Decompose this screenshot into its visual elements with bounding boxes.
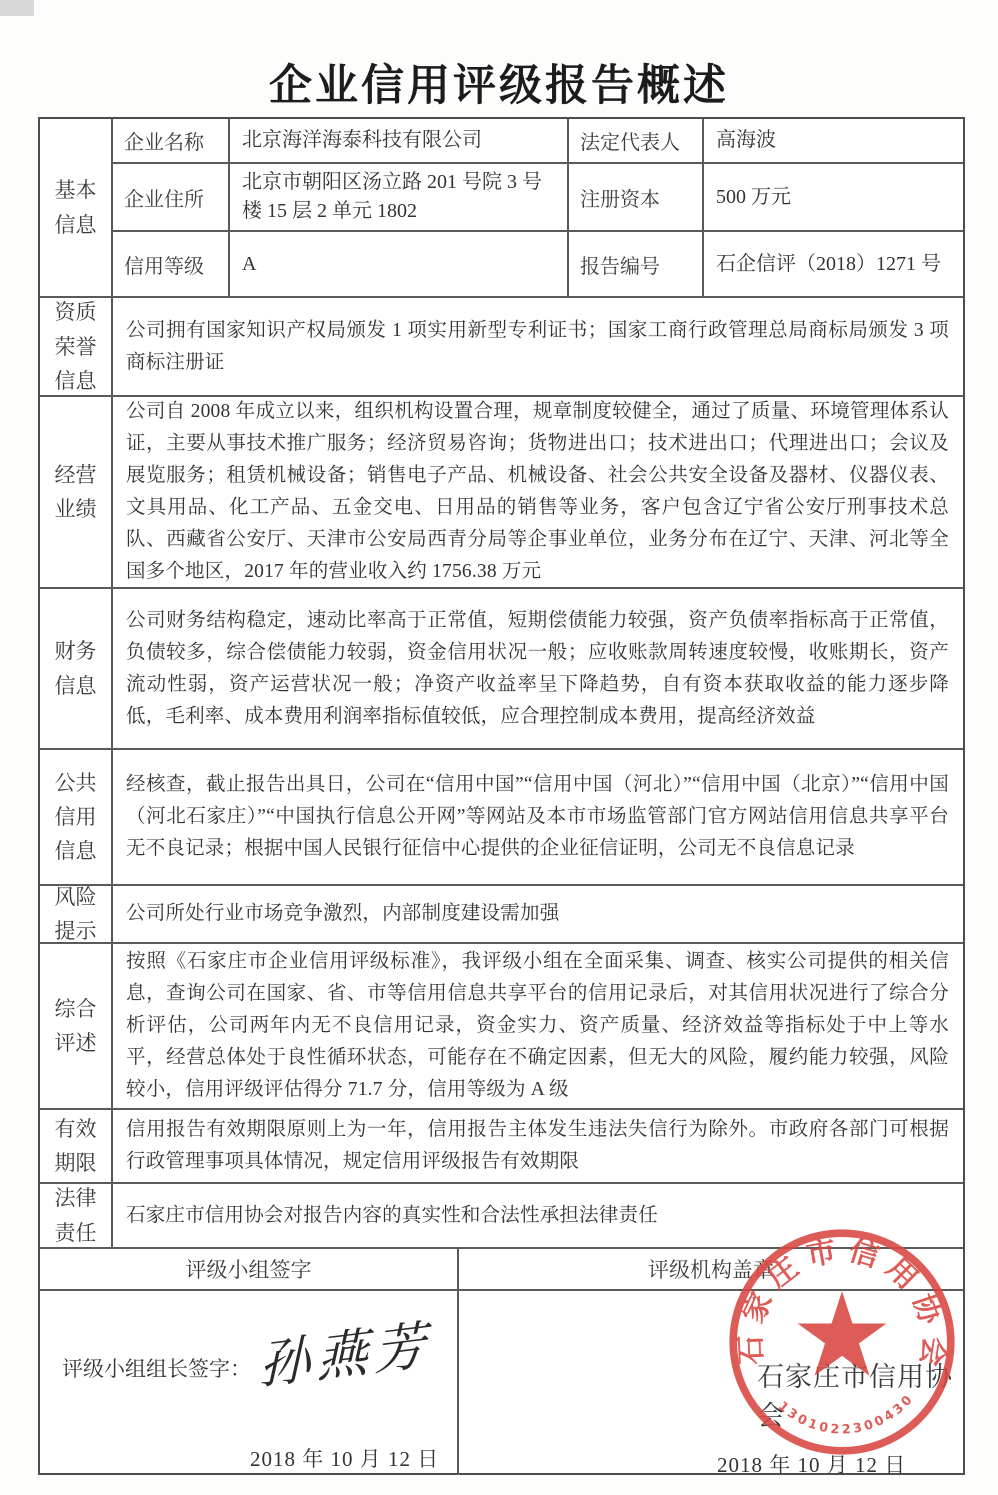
section-content: 公司拥有国家知识产权局颁发 1 项实用新型专利证书；国家工商行政管理总局商标局颁… — [113, 298, 963, 395]
field-value-company-name: 北京海洋海泰科技有限公司 — [230, 119, 569, 162]
section-content: 公司所处行业市场竞争激烈，内部制度建设需加强 — [113, 886, 963, 942]
field-value-report-number: 石企信评（2018）1271 号 — [704, 232, 963, 296]
svg-text:1301022300430: 1301022300430 — [776, 1390, 917, 1436]
section-label: 财务信息 — [40, 589, 113, 748]
field-value-company-address: 北京市朝阳区汤立路 201 号院 3 号楼 15 层 2 单元 1802 — [230, 164, 569, 230]
field-label-registered-capital: 注册资本 — [569, 164, 704, 230]
field-value-credit-grade: A — [230, 232, 569, 296]
section-comprehensive-review: 综合评述 按照《石家庄市企业信用评级标准》，我评级小组在全面采集、调查、核实公司… — [40, 944, 963, 1110]
section-business-performance: 经营业绩 公司自 2008 年成立以来，组织机构设置合理，规章制度较健全，通过了… — [40, 397, 963, 589]
seal-serial-number: 1301022300430 — [776, 1390, 917, 1436]
team-signature-cell: 评级小组组长签字： 孙燕芳 2018 年 10 月 12 日 — [40, 1291, 459, 1475]
section-risk-warning: 风险提示 公司所处行业市场竞争激烈，内部制度建设需加强 — [40, 886, 963, 944]
team-leader-signature-label: 评级小组组长签字： — [62, 1353, 251, 1383]
section-label-basic-info: 基本信息 — [40, 119, 113, 296]
field-label-legal-representative: 法定代表人 — [569, 119, 704, 162]
section-qualifications: 资质荣誉信息 公司拥有国家知识产权局颁发 1 项实用新型专利证书；国家工商行政管… — [40, 298, 963, 397]
seal-star — [798, 1291, 887, 1376]
document-page: 企业信用评级报告概述 基本信息 企业名称 北京海洋海泰科技有限公司 法定代表人 … — [0, 0, 998, 1495]
section-label: 有效期限 — [40, 1110, 113, 1182]
section-label: 风险提示 — [40, 886, 113, 942]
section-content: 公司自 2008 年成立以来，组织机构设置合理，规章制度较健全，通过了质量、环境… — [113, 397, 963, 587]
section-label: 综合评述 — [40, 944, 113, 1108]
field-label-company-name: 企业名称 — [113, 119, 230, 162]
table-row: 信用等级 A 报告编号 石企信评（2018）1271 号 — [113, 232, 963, 296]
field-label-report-number: 报告编号 — [569, 232, 704, 296]
section-public-credit-info: 公共信用信息 经核查，截止报告出具日，公司在“信用中国”“信用中国（河北）”“信… — [40, 750, 963, 886]
field-value-registered-capital: 500 万元 — [704, 164, 963, 230]
official-seal: 石家庄市信用协会 1301022300430 — [720, 1220, 964, 1464]
rating-team-signature-header: 评级小组签字 — [40, 1249, 459, 1289]
scan-artifact — [0, 0, 34, 16]
field-label-credit-grade: 信用等级 — [113, 232, 230, 296]
handwritten-signature: 孙燕芳 — [258, 1302, 432, 1399]
field-label-company-address: 企业住所 — [113, 164, 230, 230]
section-label: 资质荣誉信息 — [40, 298, 113, 395]
table-row: 企业名称 北京海洋海泰科技有限公司 法定代表人 高海波 — [113, 119, 963, 164]
document-title: 企业信用评级报告概述 — [0, 52, 998, 113]
section-content: 按照《石家庄市企业信用评级标准》，我评级小组在全面采集、调查、核实公司提供的相关… — [113, 944, 963, 1108]
section-label: 经营业绩 — [40, 397, 113, 587]
section-label: 法律责任 — [40, 1184, 113, 1247]
section-content: 经核查，截止报告出具日，公司在“信用中国”“信用中国（河北）”“信用中国（北京）… — [113, 750, 963, 884]
field-value-legal-representative: 高海波 — [704, 119, 963, 162]
signature-date-left: 2018 年 10 月 12 日 — [250, 1443, 439, 1473]
section-label: 公共信用信息 — [40, 750, 113, 884]
section-content: 公司财务结构稳定，速动比率高于正常值，短期偿债能力较强，资产负债率指标高于正常值… — [113, 589, 963, 748]
section-basic-info: 基本信息 企业名称 北京海洋海泰科技有限公司 法定代表人 高海波 企业住所 北京… — [40, 119, 963, 298]
section-financial-info: 财务信息 公司财务结构稳定，速动比率高于正常值，短期偿债能力较强，资产负债率指标… — [40, 589, 963, 750]
section-content: 信用报告有效期限原则上为一年，信用报告主体发生违法失信行为除外。市政府各部门可根… — [113, 1110, 963, 1182]
table-row: 企业住所 北京市朝阳区汤立路 201 号院 3 号楼 15 层 2 单元 180… — [113, 164, 963, 232]
section-validity-period: 有效期限 信用报告有效期限原则上为一年，信用报告主体发生违法失信行为除外。市政府… — [40, 1110, 963, 1184]
